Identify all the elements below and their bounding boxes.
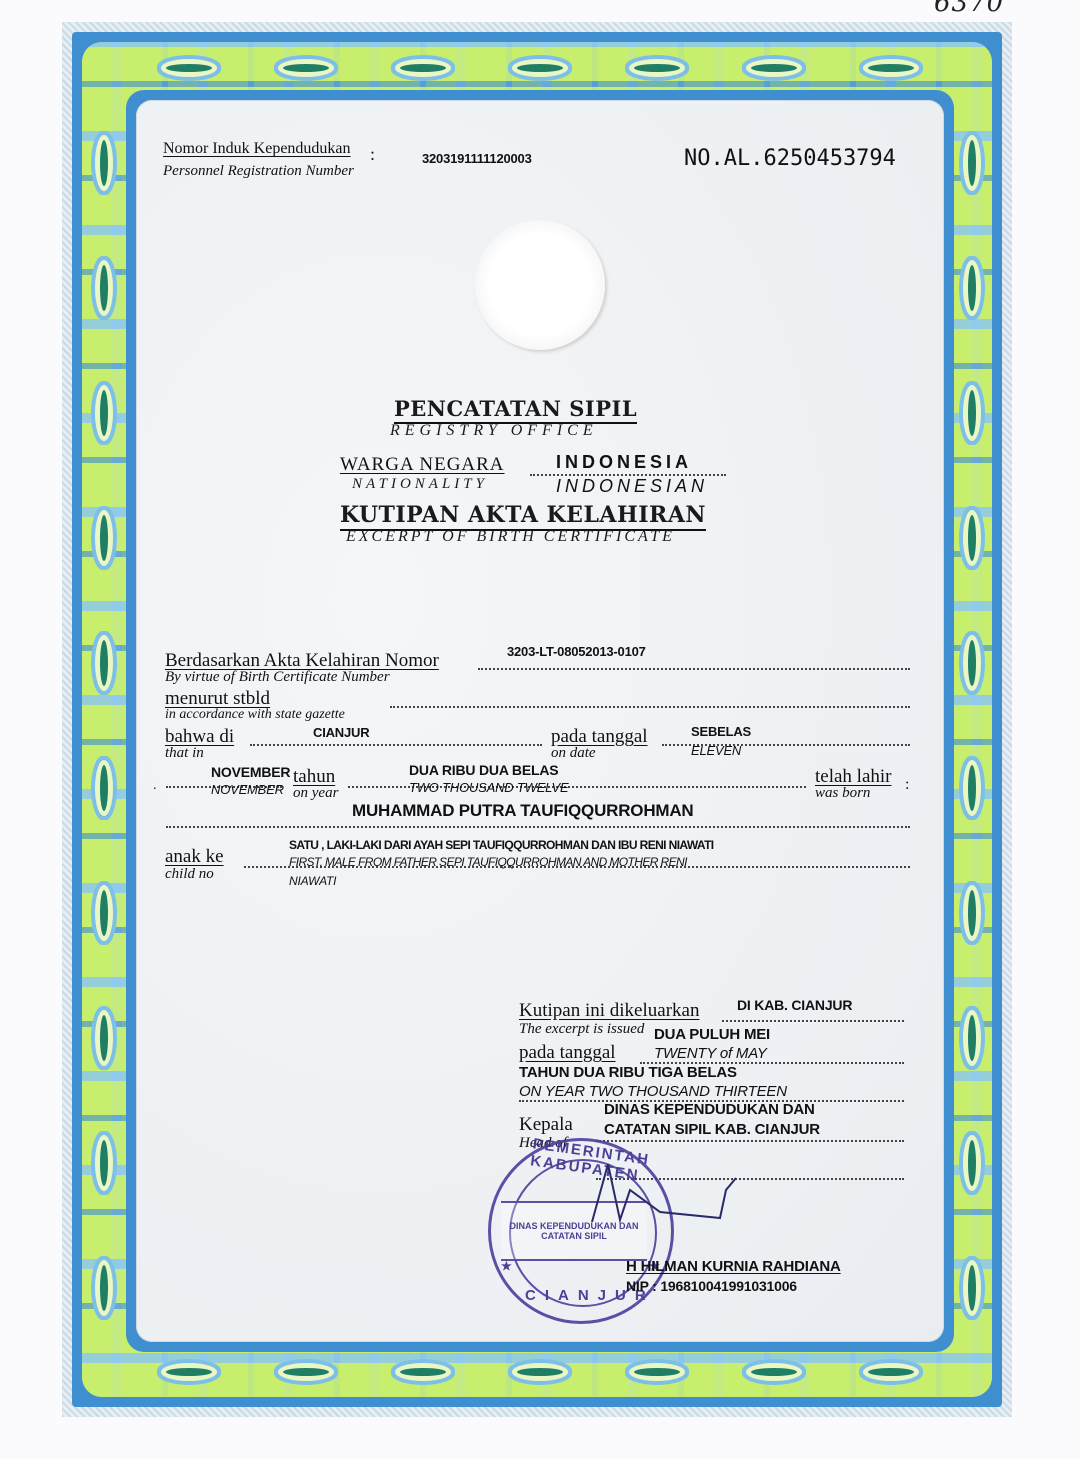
dot-mark: .	[153, 778, 157, 794]
child-name-dotted-line	[166, 826, 910, 828]
ornament-icon	[634, 64, 680, 72]
issue-year-value: TAHUN DUA RIBU TIGA BELAS	[519, 1064, 737, 1081]
ornament-icon	[100, 515, 108, 561]
child-no-value-en-line1: FIRST, MALE FROM FATHER SEPI TAUFIQQURRO…	[289, 855, 687, 869]
ornament-icon	[100, 265, 108, 311]
cert-number-value: 3203-LT-08052013-0107	[507, 644, 646, 659]
ornament-icon	[100, 140, 108, 186]
star-icon: ★	[501, 1259, 512, 1273]
nationality-value: INDONESIA	[556, 452, 692, 473]
ornament-icon	[100, 1265, 108, 1311]
issue-date-value: DUA PULUH MEI	[654, 1026, 770, 1043]
ornament-icon	[166, 1368, 212, 1376]
ornament-icon	[751, 64, 797, 72]
month-value-en: NOVEMBER	[211, 782, 284, 797]
child-no-value-en-line2: NIAWATI	[289, 874, 336, 888]
nationality-value-en: INDONESIAN	[556, 476, 708, 497]
child-name: MUHAMMAD PUTRA TAUFIQQURROHMAN	[352, 801, 694, 821]
place-label-en: that in	[165, 745, 204, 762]
ornament-icon	[751, 1368, 797, 1376]
office-dotted-line	[596, 1140, 904, 1142]
ornament-icon	[166, 64, 212, 72]
child-no-label: anak ke	[165, 846, 224, 868]
issue-date-label: pada tanggal	[519, 1042, 616, 1064]
office-line1: DINAS KEPENDUDUKAN DAN	[604, 1101, 815, 1118]
official-name: H HILMAN KURNIA RAHDIANA	[626, 1258, 841, 1275]
year-value-en: TWO THOUSAND TWELVE	[409, 780, 568, 795]
child-no-value: SATU , LAKI-LAKI DARI AYAH SEPI TAUFIQQU…	[289, 838, 714, 852]
ornament-icon	[968, 1015, 976, 1061]
document-number: NO.AL.6250453794	[684, 146, 896, 171]
ornament-icon	[100, 1015, 108, 1061]
year-value: DUA RIBU DUA BELAS	[409, 762, 558, 778]
day-value: SEBELAS	[691, 724, 751, 739]
cert-number-label-en: By virtue of Birth Certificate Number	[165, 669, 390, 686]
nik-label-en: Personnel Registration Number	[163, 163, 354, 180]
ornament-icon	[517, 64, 563, 72]
issue-date-value-en: TWENTY of MAY	[654, 1045, 767, 1062]
date-label-en: on date	[551, 745, 596, 762]
ornament-icon	[968, 140, 976, 186]
ornament-icon	[968, 1140, 976, 1186]
nik-colon: :	[370, 144, 375, 165]
ornament-icon	[100, 390, 108, 436]
year-label-en: on year	[293, 785, 338, 802]
issued-place: DI KAB. CIANJUR	[737, 997, 852, 1013]
ornament-icon	[968, 640, 976, 686]
cert-number-dotted-line	[478, 668, 910, 670]
handwritten-note: 6370	[934, 0, 1004, 18]
issued-place-dotted-line	[722, 1020, 904, 1022]
document-title-en: EXCERPT OF BIRTH CERTIFICATE	[346, 528, 675, 546]
issue-year-value-en: ON YEAR TWO THOUSAND THIRTEEN	[519, 1083, 787, 1100]
ornament-icon	[283, 64, 329, 72]
ornament-icon	[100, 765, 108, 811]
born-colon: :	[905, 776, 909, 794]
nik-value: 3203191111120003	[422, 151, 532, 166]
border-motifs-bottom	[130, 1360, 950, 1384]
office-title: PENCATATAN SIPIL	[394, 396, 637, 424]
ornament-icon	[968, 265, 976, 311]
ornament-icon	[968, 515, 976, 561]
ornament-icon	[868, 1368, 914, 1376]
stbld-label-en: in accordance with state gazette	[165, 707, 345, 723]
signature	[590, 1160, 750, 1230]
border-motifs-top	[130, 56, 950, 80]
ornament-icon	[868, 64, 914, 72]
office-line2: CATATAN SIPIL KAB. CIANJUR	[604, 1121, 820, 1138]
month-value: NOVEMBER	[211, 764, 290, 780]
ornament-icon	[400, 1368, 446, 1376]
stamp-center-line2: CATATAN SIPIL	[541, 1231, 607, 1241]
ornament-icon	[283, 1368, 329, 1376]
ornament-icon	[100, 1140, 108, 1186]
ornament-icon	[100, 640, 108, 686]
border-motifs-right	[960, 100, 984, 1350]
day-value-en: ELEVEN	[691, 743, 741, 758]
nationality-label-en: NATIONALITY	[352, 476, 488, 493]
office-title-en: REGISTRY OFFICE	[390, 422, 598, 440]
place-dotted-line	[250, 744, 542, 746]
nationality-label: WARGA NEGARA	[340, 454, 505, 476]
document-title: KUTIPAN AKTA KELAHIRAN	[340, 502, 706, 531]
border-motifs-left	[92, 100, 116, 1350]
embossed-seal	[475, 220, 605, 350]
issued-label: Kutipan ini dikeluarkan	[519, 1000, 699, 1022]
official-nip: NIP : 196810041991031006	[626, 1278, 797, 1294]
child-no-label-en: child no	[165, 866, 214, 883]
place-value: CIANJUR	[313, 725, 369, 740]
nik-label: Nomor Induk Kependudukan	[163, 140, 351, 158]
ornament-icon	[517, 1368, 563, 1376]
ornament-icon	[100, 890, 108, 936]
ornament-icon	[968, 390, 976, 436]
ornament-icon	[968, 765, 976, 811]
ornament-icon	[968, 1265, 976, 1311]
ornament-icon	[634, 1368, 680, 1376]
issued-label-en: The excerpt is issued	[519, 1021, 644, 1038]
ornament-icon	[968, 890, 976, 936]
born-label-en: was born	[815, 785, 870, 802]
stbld-dotted-line	[390, 706, 910, 708]
ornament-icon	[400, 64, 446, 72]
head-label: Kepala	[519, 1114, 573, 1136]
